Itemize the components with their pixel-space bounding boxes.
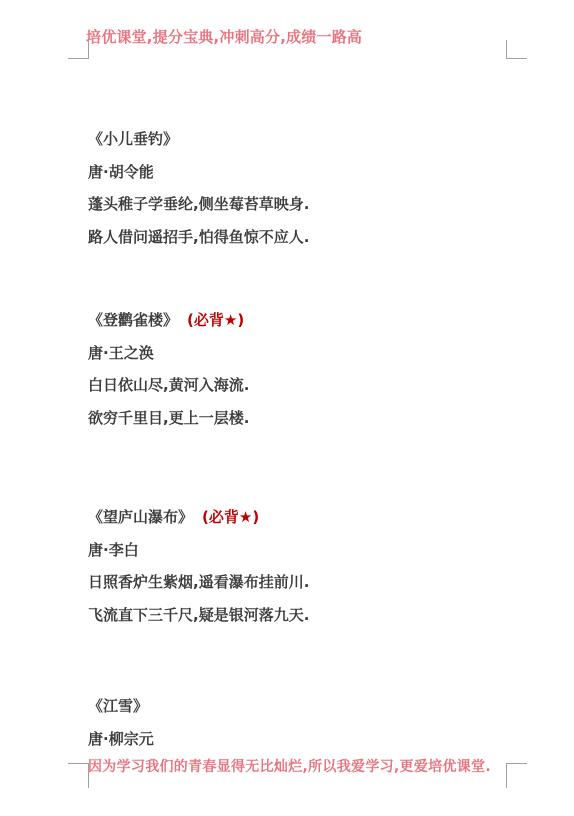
poem-verse: 飞流直下三千尺,疑是银河落九天. [88, 599, 309, 632]
poem-jiangxue: 《江雪》 唐·柳宗元 [88, 690, 157, 755]
poem-title-line: 《小儿垂钓》 [88, 123, 309, 156]
page-header-slogan: 培优课堂,提分宝典,冲刺高分,成绩一路高 [86, 26, 362, 47]
poem-verse: 路人借问遥招手,怕得鱼惊不应人. [88, 221, 309, 254]
document-page: 培优课堂,提分宝典,冲刺高分,成绩一路高 《小儿垂钓》 唐·胡令能 蓬头稚子学垂… [0, 0, 574, 816]
poem-wang-lushan-pubu: 《望庐山瀑布》(必背★) 唐·李白 日照香炉生紫烟,遥看瀑布挂前川. 飞流直下三… [88, 501, 309, 631]
margin-crop-mark-top-right [506, 40, 527, 59]
poem-title-line: 《江雪》 [88, 690, 157, 723]
margin-crop-mark-bottom-right [506, 763, 527, 788]
poem-author: 唐·胡令能 [88, 156, 309, 189]
poem-verse: 欲穷千里目,更上一层楼. [88, 402, 249, 435]
poem-verse: 日照香炉生紫烟,遥看瀑布挂前川. [88, 566, 309, 599]
poem-xiaoer-chuidiao: 《小儿垂钓》 唐·胡令能 蓬头稚子学垂纶,侧坐莓苔草映身. 路人借问遥招手,怕得… [88, 123, 309, 253]
must-memorize-badge: (必背★) [202, 508, 259, 526]
poem-title: 《登鹳雀楼》 [88, 311, 178, 329]
poem-title: 《江雪》 [88, 697, 148, 715]
poem-author: 唐·柳宗元 [88, 723, 157, 756]
poem-verse: 蓬头稚子学垂纶,侧坐莓苔草映身. [88, 188, 309, 221]
poem-title-line: 《登鹳雀楼》(必背★) [88, 304, 249, 337]
poem-author: 唐·王之涣 [88, 337, 249, 370]
margin-crop-mark-bottom-left [68, 763, 89, 788]
poem-deng-guanque-lou: 《登鹳雀楼》(必背★) 唐·王之涣 白日依山尽,黄河入海流. 欲穷千里目,更上一… [88, 304, 249, 434]
page-footer-slogan: 因为学习我们的青春显得无比灿烂,所以我爱学习,更爱培优课堂. [88, 756, 491, 776]
must-memorize-badge: (必背★) [187, 311, 244, 329]
poem-author: 唐·李白 [88, 534, 309, 567]
margin-crop-mark-top-left [68, 40, 89, 59]
poem-title: 《望庐山瀑布》 [88, 508, 193, 526]
poem-title: 《小儿垂钓》 [88, 130, 178, 148]
poem-verse: 白日依山尽,黄河入海流. [88, 369, 249, 402]
poem-title-line: 《望庐山瀑布》(必背★) [88, 501, 309, 534]
